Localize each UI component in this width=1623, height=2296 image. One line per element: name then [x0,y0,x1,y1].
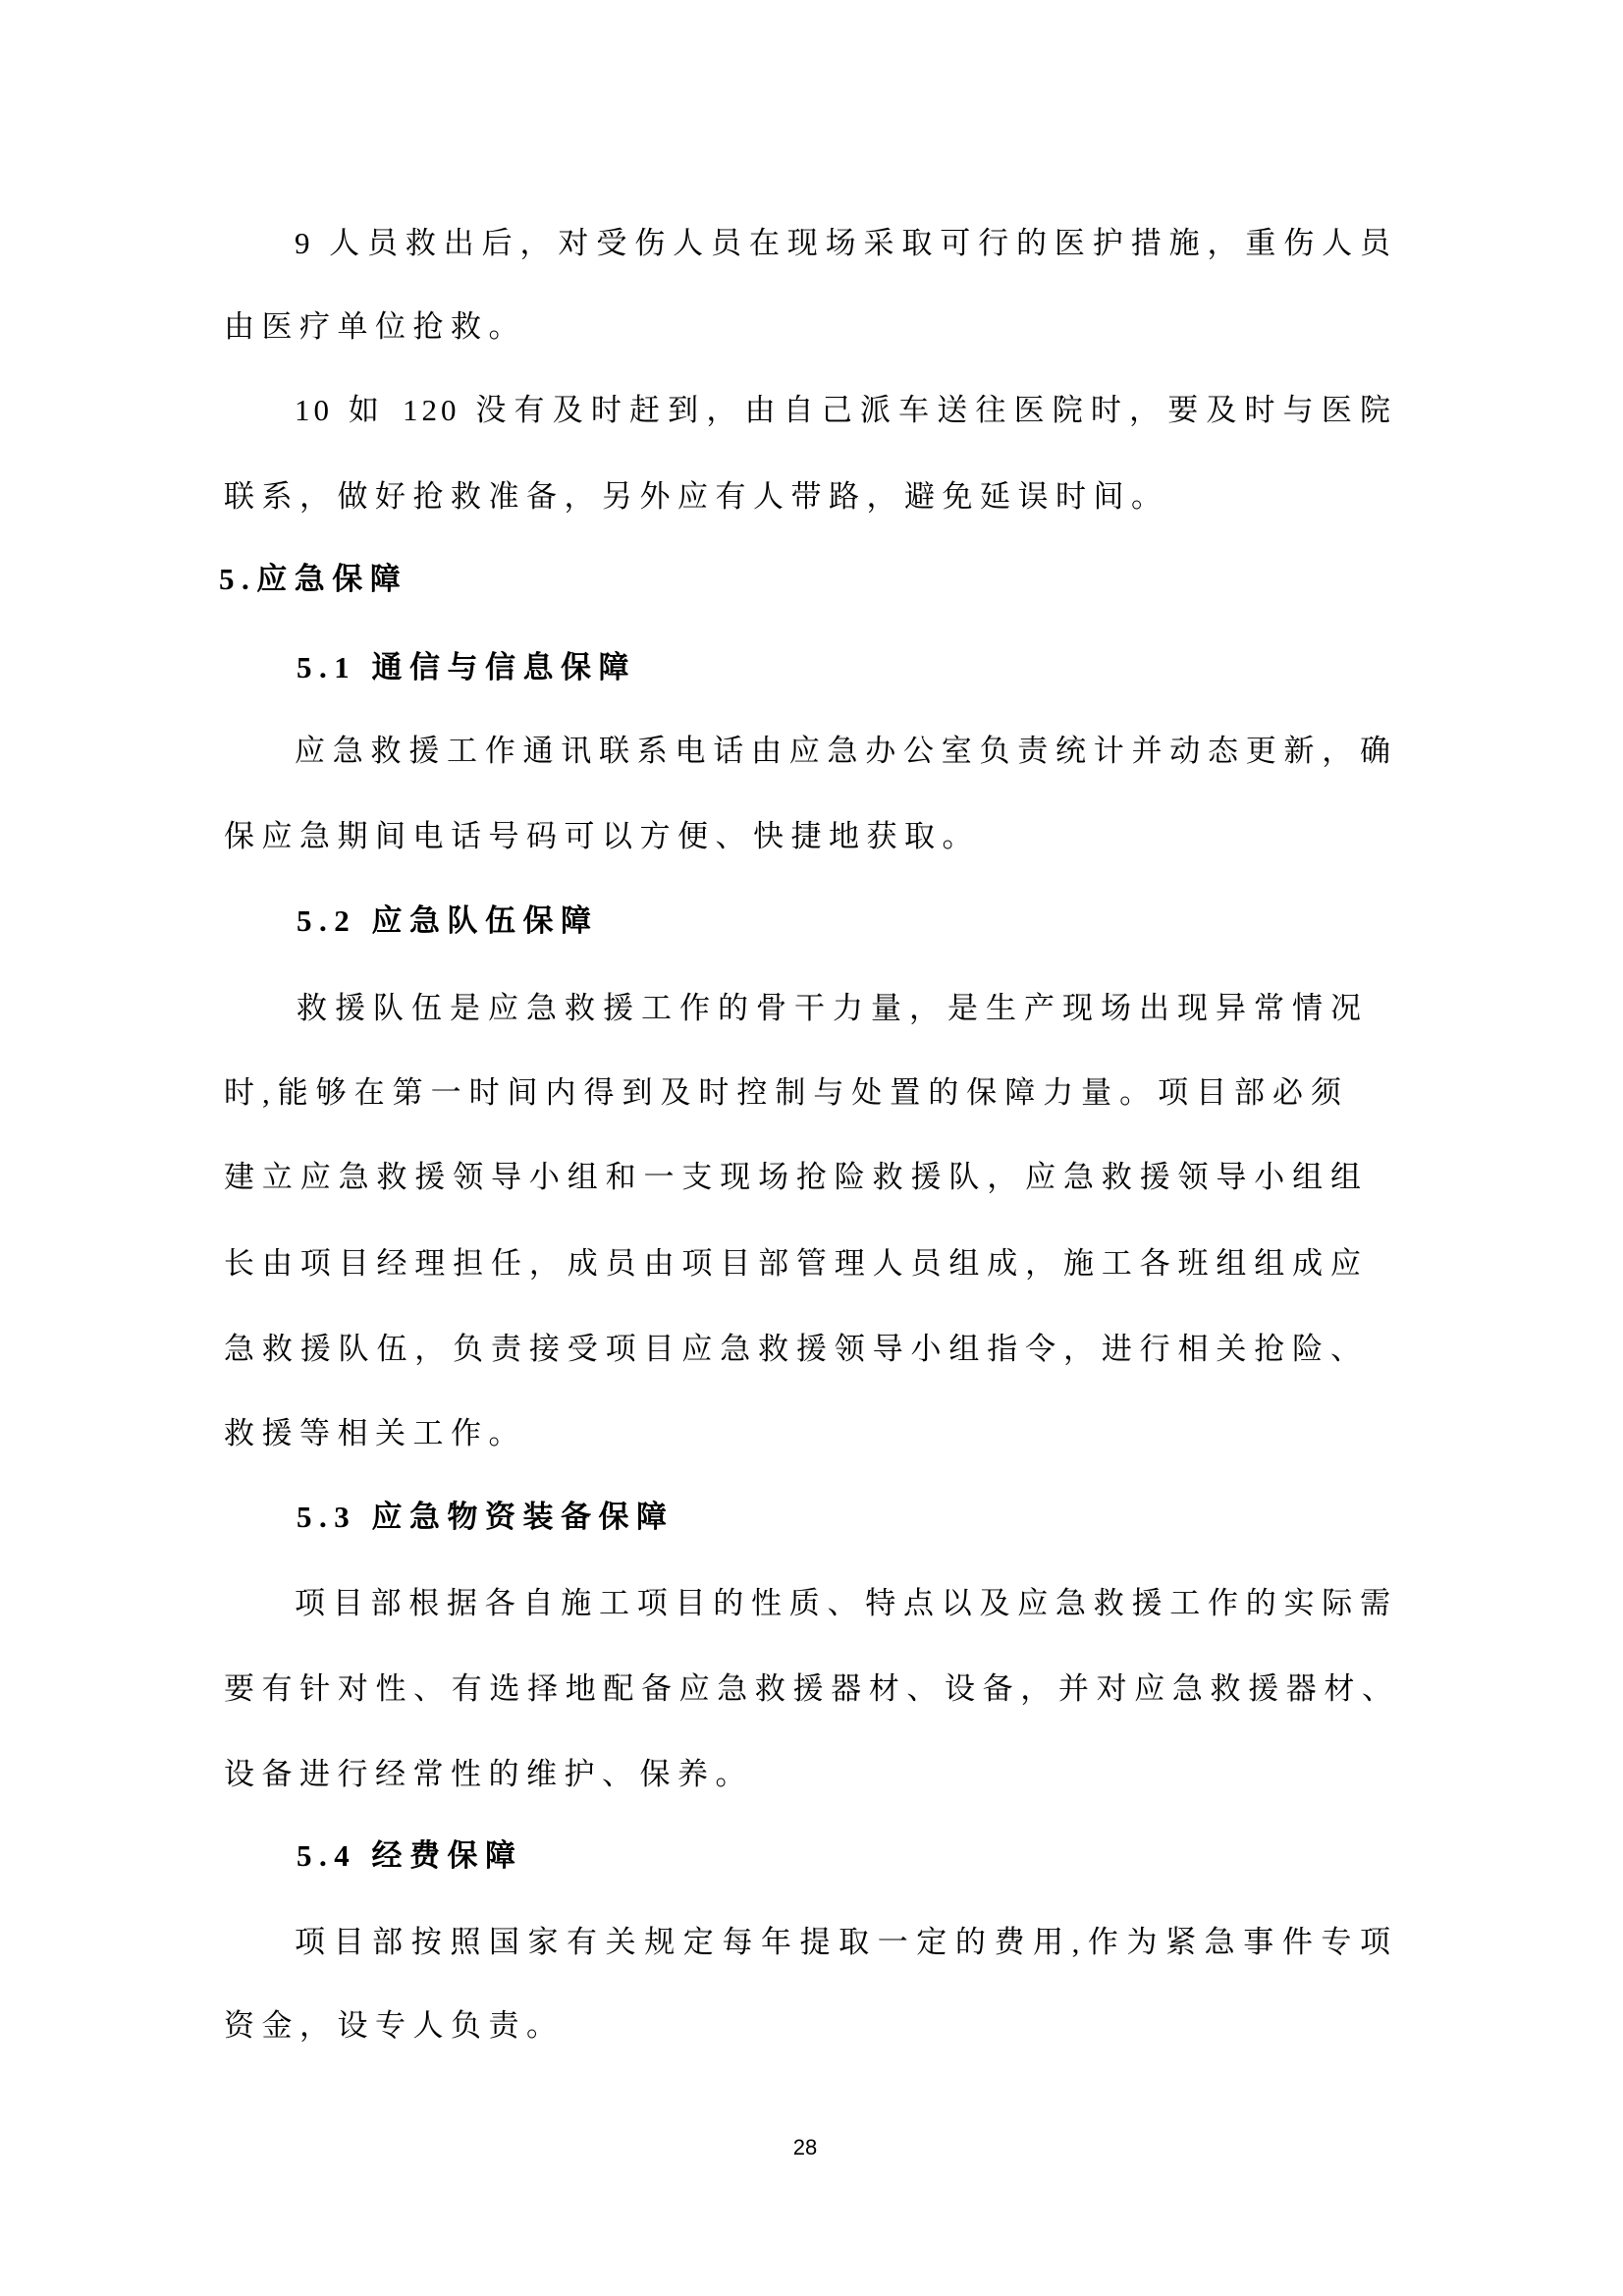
paragraph-5-2-line-1: 救援队伍是应急救援工作的骨干力量，是生产现场出现异常情况 [297,989,1365,1028]
subsection-heading-5-4: 5.4 经费保障 [297,1836,523,1876]
subsection-heading-5-3: 5.3 应急物资装备保障 [297,1498,675,1537]
item-10-line-2: 联系，做好抢救准备，另外应有人带路，避免延误时间。 [224,477,1169,517]
paragraph-5-2-line-4: 长由项目经理担任，成员由项目部管理人员组成，施工各班组组成应 [224,1244,1365,1284]
page-number: 28 [776,2135,835,2160]
item-9-line-2: 由医疗单位抢救。 [224,307,526,347]
item-9-line-1: 9 人员救出后，对受伤人员在现场采取可行的医护措施，重伤人员 [295,224,1394,263]
paragraph-5-2-line-2: 时,能够在第一时间内得到及时控制与处置的保障力量。项目部必须 [224,1073,1345,1113]
paragraph-5-3-line-3: 设备进行经常性的维护、保养。 [224,1755,753,1794]
paragraph-5-2-line-6: 救援等相关工作。 [224,1414,526,1453]
item-10-line-1: 10 如 120 没有及时赶到，由自己派车送往医院时，要及时与医院 [295,391,1394,430]
paragraph-5-2-line-3: 建立应急救援领导小组和一支现场抢险救援队，应急救援领导小组组 [224,1158,1365,1197]
section-heading-5: 5.应急保障 [219,560,407,599]
paragraph-5-3-line-1: 项目部根据各自施工项目的性质、特点以及应急救援工作的实际需 [295,1584,1394,1623]
subsection-heading-5-2: 5.2 应急队伍保障 [297,902,599,941]
paragraph-5-2-line-5: 急救援队伍，负责接受项目应急救援领导小组指令，进行相关抢险、 [224,1330,1365,1369]
document-page: 9 人员救出后，对受伤人员在现场采取可行的医护措施，重伤人员 由医疗单位抢救。 … [0,0,1623,2296]
paragraph-5-4-line-2: 资金，设专人负责。 [224,2006,565,2046]
paragraph-5-4-line-1: 项目部按照国家有关规定每年提取一定的费用,作为紧急事件专项 [295,1923,1394,1962]
paragraph-5-1-line-1: 应急救援工作通讯联系电话由应急办公室负责统计并动态更新，确 [295,732,1394,771]
paragraph-5-1-line-2: 保应急期间电话号码可以方便、快捷地获取。 [224,817,980,856]
paragraph-5-3-line-2: 要有针对性、有选择地配备应急救援器材、设备，并对应急救援器材、 [224,1669,1396,1709]
subsection-heading-5-1: 5.1 通信与信息保障 [297,648,636,687]
